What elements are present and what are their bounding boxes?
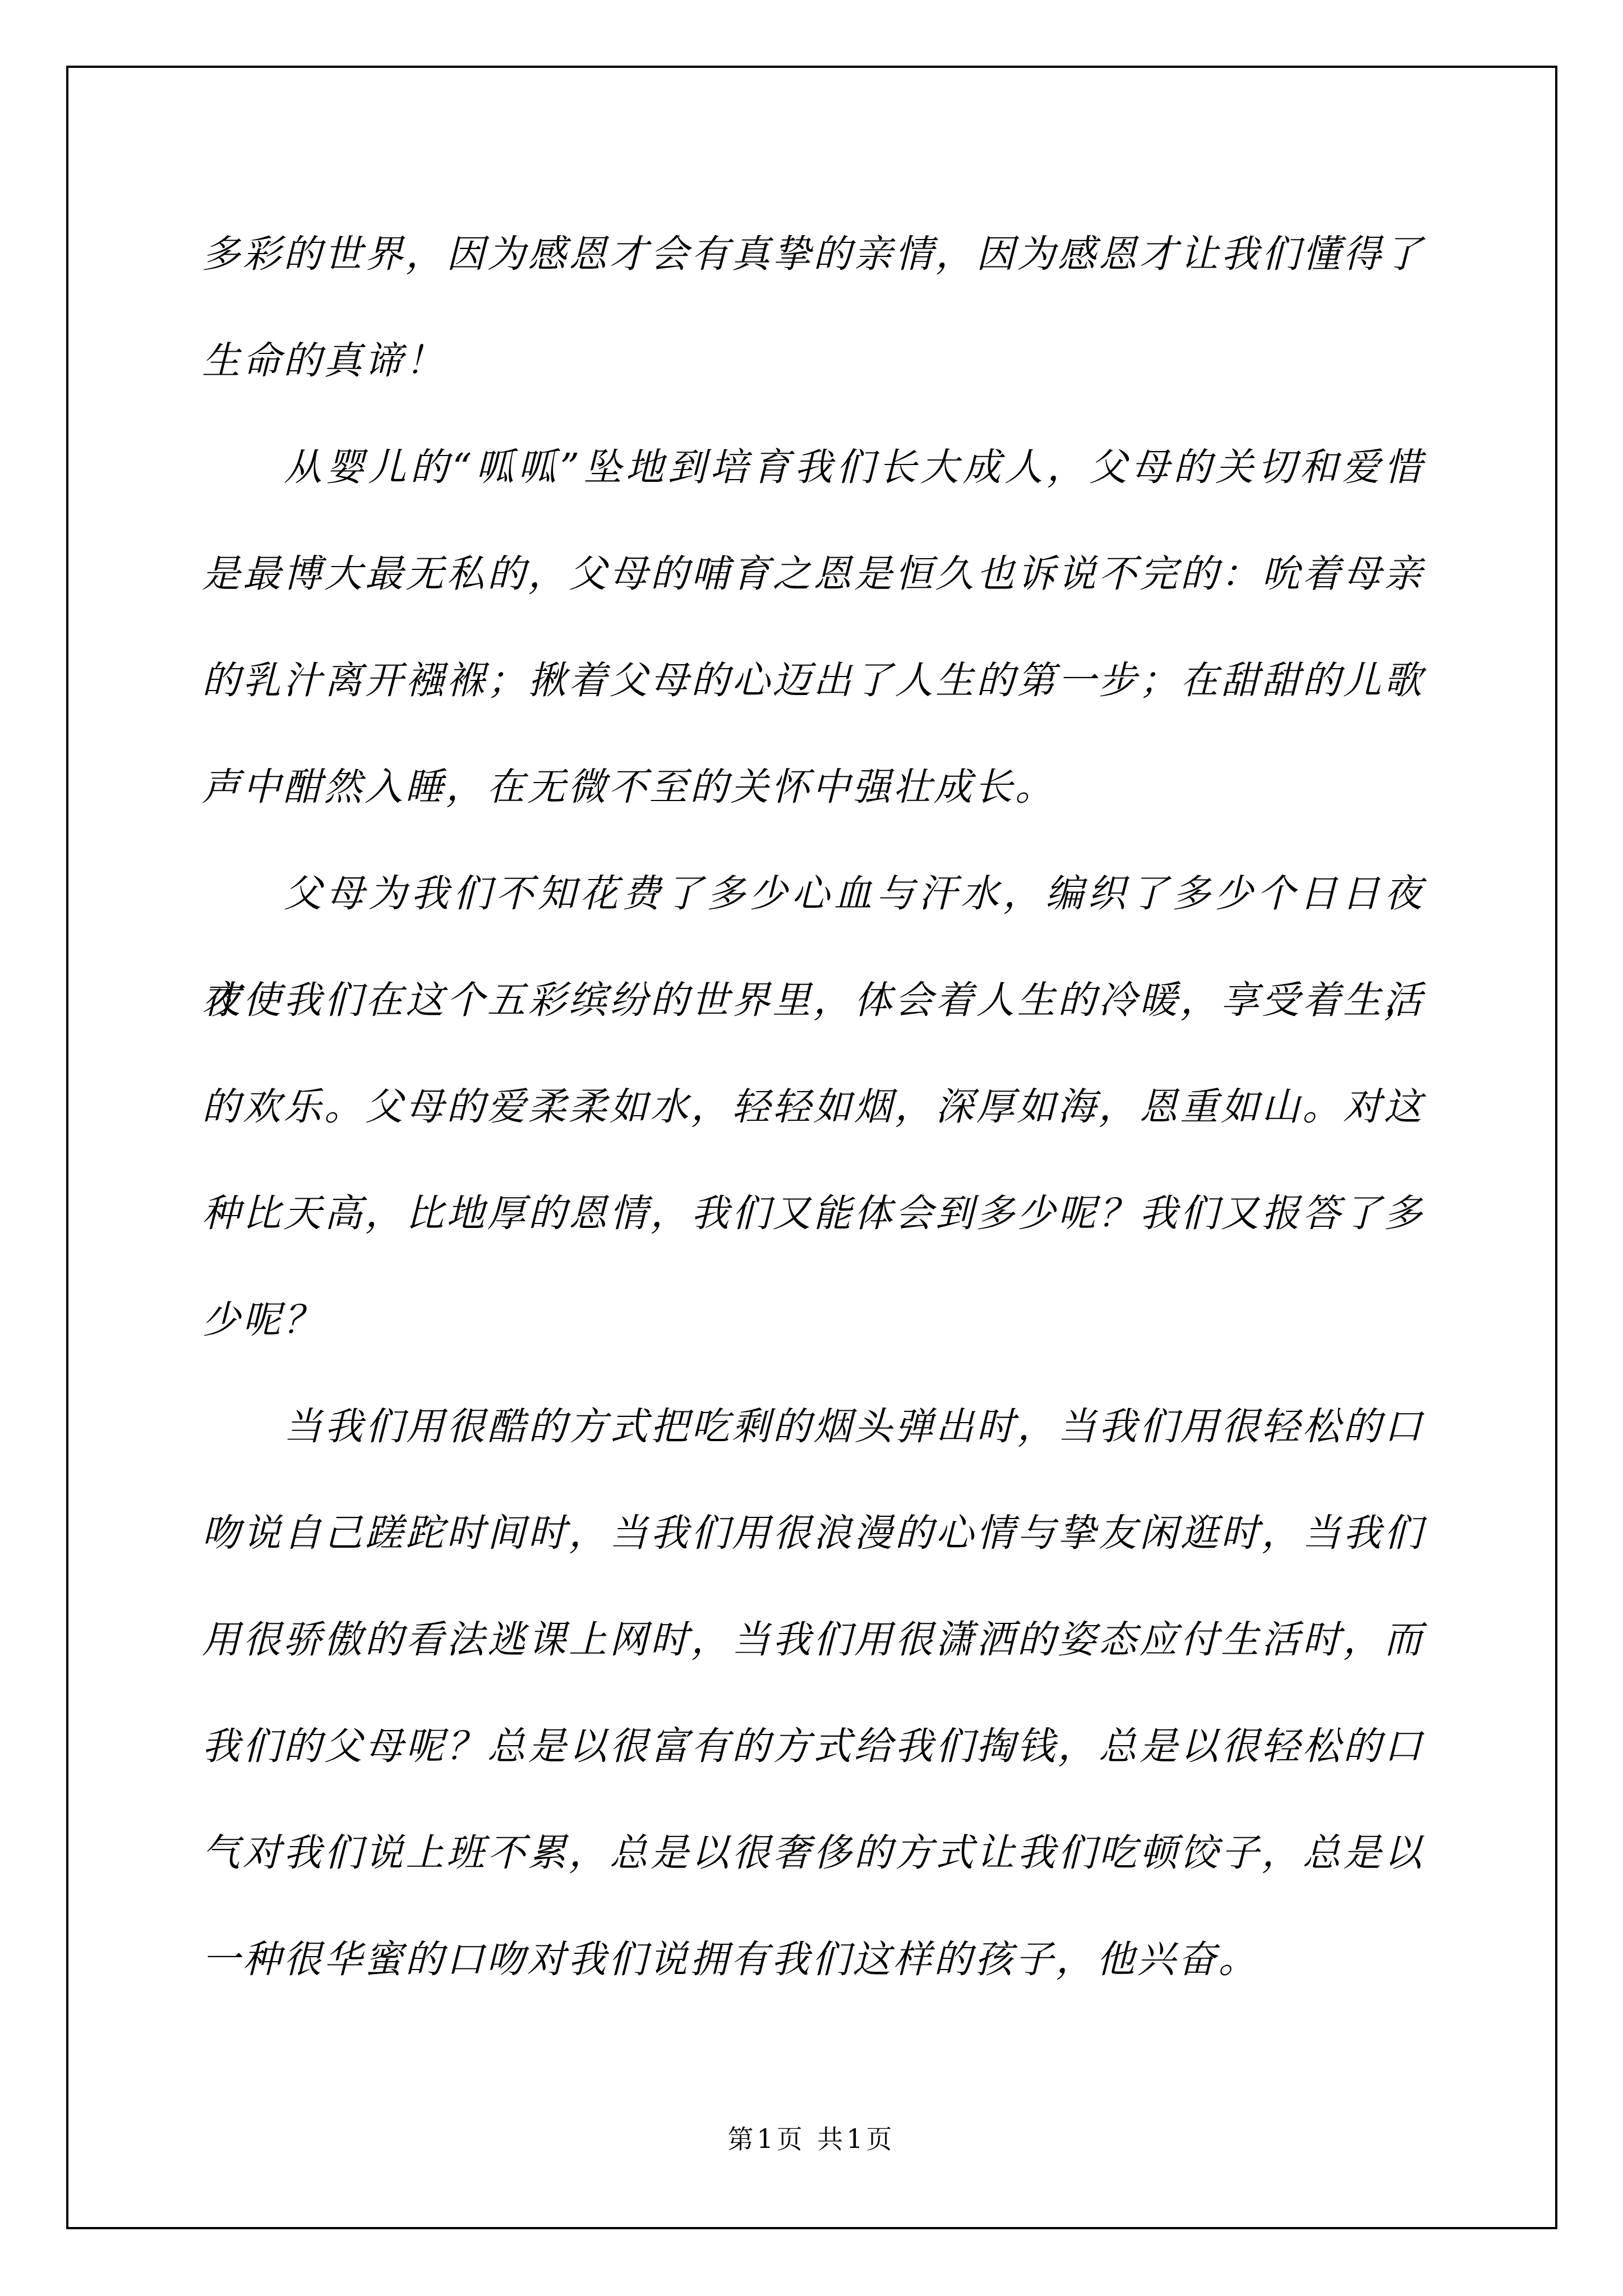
text-line: 气对我们说上班不累，总是以很奢侈的方式让我们吃顿饺子，总是以 <box>202 1800 1424 1907</box>
document-body: 多彩的世界，因为感恩才会有真挚的亲情，因为感恩才让我们懂得了生命的真谛！从婴儿的… <box>202 201 1424 2013</box>
text-line: 多彩的世界，因为感恩才会有真挚的亲情，因为感恩才让我们懂得了 <box>202 201 1424 308</box>
text-line: 是最博大最无私的，父母的哺育之恩是恒久也诉说不完的：吮着母亲 <box>202 521 1424 628</box>
text-line: 才使我们在这个五彩缤纷的世界里，体会着人生的冷暖，享受着生活 <box>202 947 1424 1054</box>
text-line: 吻说自己蹉跎时间时，当我们用很浪漫的心情与挚友闲逛时，当我们 <box>202 1480 1424 1587</box>
page-footer: 第1页 共1页 <box>0 2122 1623 2156</box>
text-line: 父母为我们不知花费了多少心血与汗水，编织了多少个日日夜夜， <box>202 841 1424 947</box>
text-line: 一种很华蜜的口吻对我们说拥有我们这样的孩子，他兴奋。 <box>202 1907 1424 2013</box>
text-line: 从婴儿的“呱呱”坠地到培育我们长大成人，父母的关切和爱惜 <box>202 415 1424 521</box>
text-line: 我们的父母呢？总是以很富有的方式给我们掏钱，总是以很轻松的口 <box>202 1694 1424 1800</box>
text-line: 种比天高，比地厚的恩情，我们又能体会到多少呢？我们又报答了多 <box>202 1161 1424 1267</box>
text-line: 的乳汁离开襁褓；揪着父母的心迈出了人生的第一步；在甜甜的儿歌 <box>202 628 1424 734</box>
page-number-label: 第1页 共1页 <box>727 2124 895 2154</box>
text-line: 当我们用很酷的方式把吃剩的烟头弹出时，当我们用很轻松的口 <box>202 1374 1424 1480</box>
text-line: 声中酣然入睡，在无微不至的关怀中强壮成长。 <box>202 734 1424 841</box>
text-line: 生命的真谛！ <box>202 308 1424 415</box>
text-line: 用很骄傲的看法逃课上网时，当我们用很潇洒的姿态应付生活时，而 <box>202 1587 1424 1694</box>
document-page: 多彩的世界，因为感恩才会有真挚的亲情，因为感恩才让我们懂得了生命的真谛！从婴儿的… <box>0 0 1623 2296</box>
text-line: 少呢？ <box>202 1267 1424 1374</box>
text-line: 的欢乐。父母的爱柔柔如水，轻轻如烟，深厚如海，恩重如山。对这 <box>202 1054 1424 1161</box>
